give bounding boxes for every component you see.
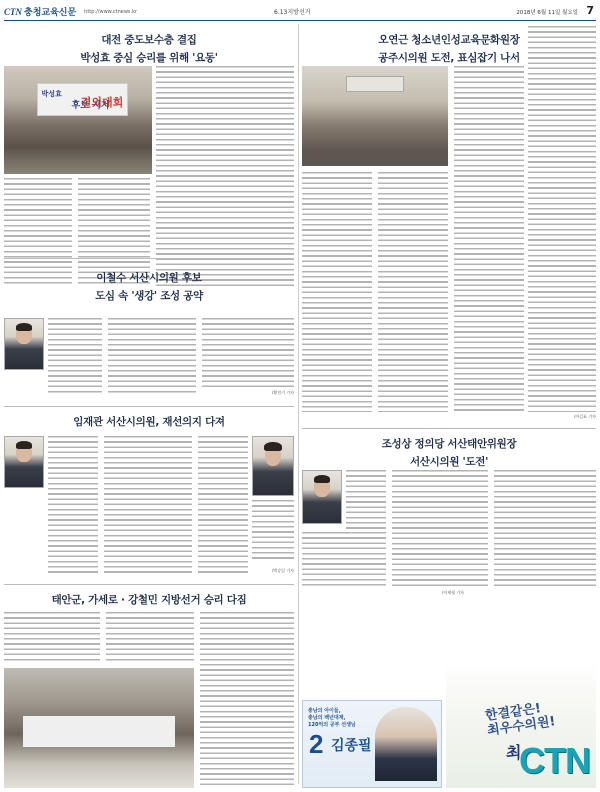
article-body-col3 [454,66,524,412]
masthead: CTN 충청교육신문 http://www.ctnews.kr 6.13지방선거… [4,3,596,21]
article-body-col2 [108,318,196,396]
column-divider [298,24,299,784]
group-photo [4,668,194,788]
group-banner [23,716,175,747]
headline-line-2: 도심 속 '생강' 조성 공약 [4,288,294,303]
newspaper-name: 충청교육신문 [24,5,76,18]
candidate-portrait [4,318,44,370]
article-body-col4 [252,500,294,560]
section-rule [4,406,294,407]
campaign-ad: 한결같은! 최우수의원! 최 CTN [446,660,596,788]
article-body [48,318,102,396]
article-body-col2 [106,612,194,662]
candidate-portrait [4,436,44,488]
article-body [346,470,386,530]
article-body-col2 [104,436,192,576]
article-body-col3 [392,470,488,588]
newspaper-logo: CTN [4,7,22,17]
article-body-col3 [202,318,294,388]
byline: /이재형 기자 [442,590,464,596]
issue-date: 2018년 6월 11일 월요일 [516,8,578,16]
headline: 임재관 서산시의원, 재선의지 다져 [4,410,294,429]
article-body [48,436,98,576]
headline: 대전 중도보수층 결집 박성효 중심 승리를 위해 '요동' [4,26,294,65]
article-jo-seongsang: 조성상 정의당 서산태안위원장 서산시의원 '도전' /이재형 기자 [302,432,596,602]
headline-line-2: 서산시의원 '도전' [302,454,596,469]
event-photo [302,66,448,166]
article-body-col4 [528,26,596,412]
article-body-col4 [494,470,596,588]
headline-line-1: 임재관 서산시의원, 재선의지 다져 [4,414,294,429]
candidate-portrait-right [252,436,294,496]
article-taean: 태안군, 가세로 · 강철민 지방선거 승리 다짐 [4,588,294,788]
ad-tagline: 한결같은! 최우수의원! [484,699,556,738]
article-lim-jaegwan: 임재관 서산시의원, 재선의지 다져 /박승일 기자 [4,410,294,580]
article-body-col2 [378,172,448,412]
candidate-ad: 충남의 아이들, 충남의 백년대계, 120억의 공부 선생님 2 김종필 [302,700,442,788]
headline: 이철수 서산시의원 후보 도심 속 '생강' 조성 공약 [4,262,294,303]
rally-photo: 박성효 후보 지지 결의대회 [4,66,152,174]
article-body [302,172,372,412]
banner-text-rally: 결의대회 [81,94,124,110]
section-title: 6.13지방선거 [274,7,311,16]
candidate-photo [375,707,437,781]
headline: 조성상 정의당 서산태안위원장 서산시의원 '도전' [302,432,596,469]
byline: /박승일 기자 [272,568,294,574]
article-body-col3 [198,436,248,576]
section-rule [4,258,294,259]
byline: /이길표 기자 [574,414,596,420]
headline-line-1: 태안군, 가세로 · 강철민 지방선거 승리 다짐 [4,592,294,607]
section-rule [4,584,294,585]
page-number: 7 [586,4,594,17]
headline-line-1: 대전 중도보수층 결집 [4,32,294,47]
website-url[interactable]: http://www.ctnews.kr [84,9,137,15]
candidate-name: 김종필 [331,735,372,755]
rally-banner: 박성효 후보 지지 결의대회 [37,83,129,115]
article-body [4,612,100,662]
article-lee-cheolsu: 이철수 서산시의원 후보 도심 속 '생강' 조성 공약 /황진기 기자 [4,262,294,402]
ad-slogan: 충남의 아이들, 충남의 백년대계, 120억의 공부 선생님 [308,708,356,729]
banner-text-name: 박성효 [42,89,62,99]
ballot-number: 2 [309,729,323,760]
headline-line-2: 박성효 중심 승리를 위해 '요동' [4,50,294,65]
headline-line-1: 이철수 서산시의원 후보 [4,270,294,285]
article-body-col2 [302,532,386,588]
article-oh-yeongeun: 오연근 청소년인성교육문화원장 공주시의원 도전, 표심잡기 나서 /이길표 기… [302,26,596,426]
article-body [156,66,294,286]
headline: 태안군, 가세로 · 강철민 지방선거 승리 다짐 [4,588,294,607]
article-daejeon: 대전 중도보수층 결집 박성효 중심 승리를 위해 '요동' 박성효 후보 지지… [4,26,294,296]
article-body-col3 [200,612,294,788]
byline: /황진기 기자 [272,390,294,396]
headline-line-1: 조성상 정의당 서산태안위원장 [302,436,596,451]
section-rule [302,428,596,429]
ctn-brand-logo: CTN [519,740,590,782]
candidate-portrait [302,470,342,524]
